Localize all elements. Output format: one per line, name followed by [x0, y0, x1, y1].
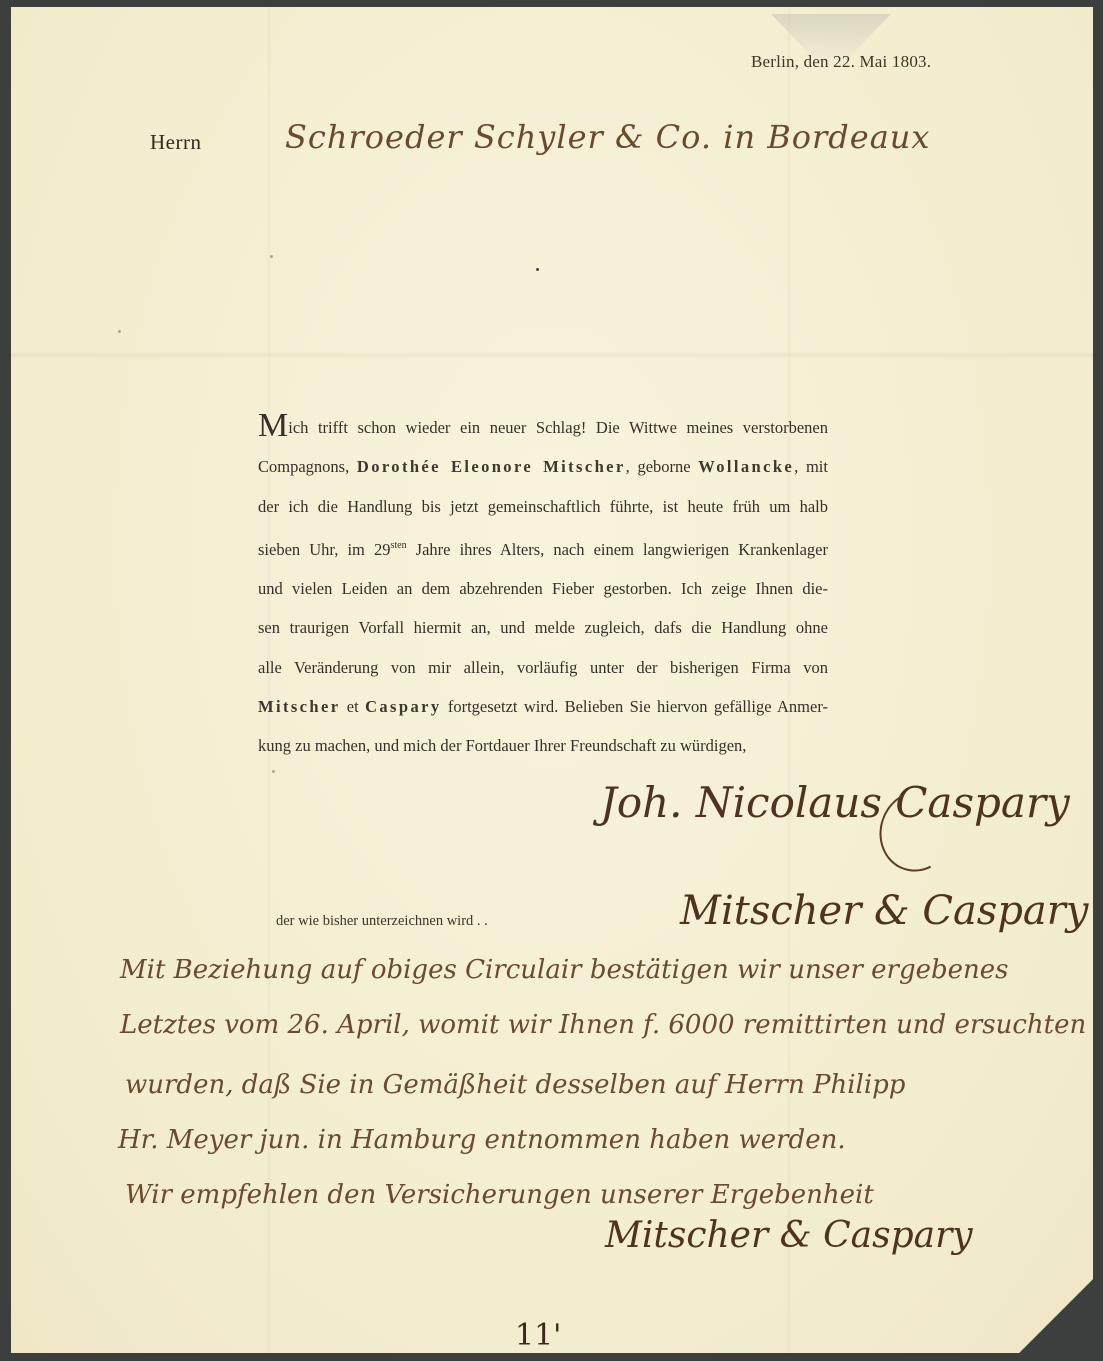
body-line-3: der ich die Handlung bis jetzt gemeinsch…	[258, 487, 828, 526]
salutation: Herrn	[150, 130, 201, 155]
handwritten-line-3: wurden, daß Sie in Gemäßheit desselben a…	[125, 1070, 905, 1100]
personal-signature: Joh. Nicolaus Caspary	[600, 778, 1070, 827]
drop-cap: M	[258, 407, 288, 444]
body-line-9: kung zu machen, und mich der Fortdauer I…	[258, 726, 828, 765]
handwritten-line-4: Hr. Meyer jun. in Hamburg entnommen habe…	[118, 1125, 846, 1155]
body-line-6: sen traurigen Vorfall hiermit an, und me…	[258, 608, 828, 647]
ink-dot	[536, 268, 539, 271]
addressee-handwritten: Schroeder Schyler & Co. in Bordeaux	[285, 118, 930, 156]
handwritten-line-5: Wir empfehlen den Versicherungen unserer…	[125, 1180, 874, 1210]
handwritten-line-1: Mit Beziehung auf obiges Circulair bestä…	[120, 955, 1009, 985]
body-line-4: sieben Uhr, im 29sten Jahre ihres Alters…	[258, 526, 828, 569]
page-mark: 11'	[515, 1318, 561, 1353]
closing-firm-signature: Mitscher & Caspary	[605, 1215, 973, 1256]
paper-speck	[272, 770, 275, 773]
body-line-8: Mitscher et Caspary fortgesetzt wird. Be…	[258, 687, 828, 726]
paper-speck	[270, 255, 273, 258]
body-line-7: alle Veränderung von mir allein, vorläuf…	[258, 648, 828, 687]
maiden-name: Wollancke	[698, 457, 794, 476]
firm-signature: Mitscher & Caspary	[680, 888, 1089, 934]
body-line-2: Compagnons, Dorothée Eleonore Mitscher, …	[258, 447, 828, 486]
firm-name-1: Mitscher	[258, 697, 340, 716]
date-line: Berlin, den 22. Mai 1803.	[751, 52, 931, 72]
widow-name: Dorothée Eleonore Mitscher	[357, 457, 626, 476]
paper-speck	[118, 330, 121, 333]
body-line-5: und vielen Leiden an dem abzehrenden Fie…	[258, 569, 828, 608]
undersign-label: der wie bisher unterzeichnen wird . .	[276, 913, 488, 930]
body-line-1: Mich trifft schon wieder ein neuer Schla…	[258, 408, 828, 447]
handwritten-line-2: Letztes vom 26. April, womit wir Ihnen f…	[120, 1010, 1086, 1040]
firm-name-2: Caspary	[365, 697, 441, 716]
circular-body: Mich trifft schon wieder ein neuer Schla…	[258, 408, 828, 766]
